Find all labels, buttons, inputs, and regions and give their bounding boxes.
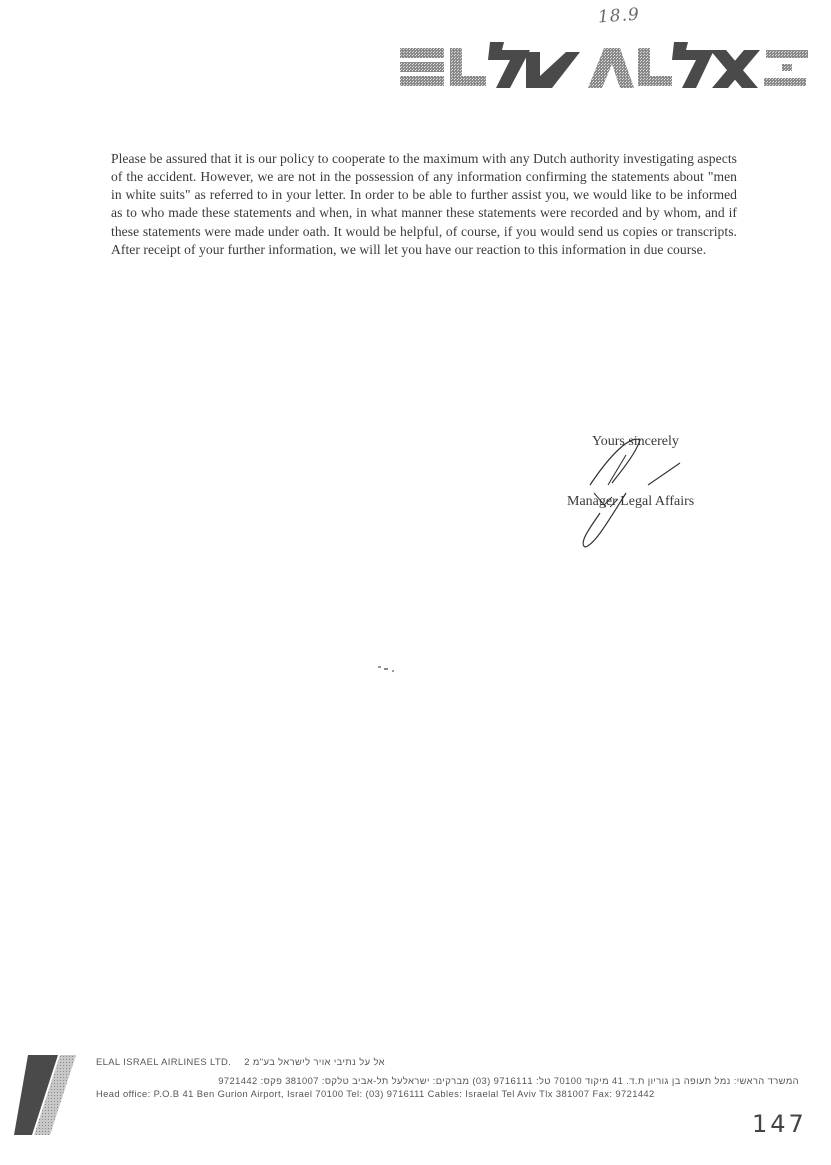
footer-hebrew-address: המשרד הראשי: נמל תעופה בן גוריון ת.ד. 41… xyxy=(96,1075,799,1086)
elal-stripe-logo-icon xyxy=(14,1055,78,1135)
letter-page: 18.9 xyxy=(0,0,831,1165)
elal-logo xyxy=(398,36,810,96)
footer-company-name: ELAL ISRAEL AIRLINES LTD. אל על נתיבי או… xyxy=(96,1056,385,1067)
signatory-title: Manager Legal Affairs xyxy=(567,494,694,510)
closing: Yours sincerely xyxy=(592,434,679,450)
handwritten-note: 18.9 xyxy=(597,5,640,28)
footer-english-address: Head office: P.O.B 41 Ben Gurion Airport… xyxy=(96,1088,655,1099)
footer-company-line: ELAL ISRAEL AIRLINES LTD. אל על נתיבי או… xyxy=(96,1056,385,1067)
scan-speck xyxy=(376,664,398,674)
letter-body: Please be assured that it is our policy … xyxy=(111,150,737,260)
footer-page-number: 2 xyxy=(244,1056,250,1067)
document-stamp-number: 147 xyxy=(752,1110,807,1138)
footer-hebrew-address-text: המשרד הראשי: נמל תעופה בן גוריון ת.ד. 41… xyxy=(96,1075,799,1086)
elal-logo-icon xyxy=(398,36,810,96)
